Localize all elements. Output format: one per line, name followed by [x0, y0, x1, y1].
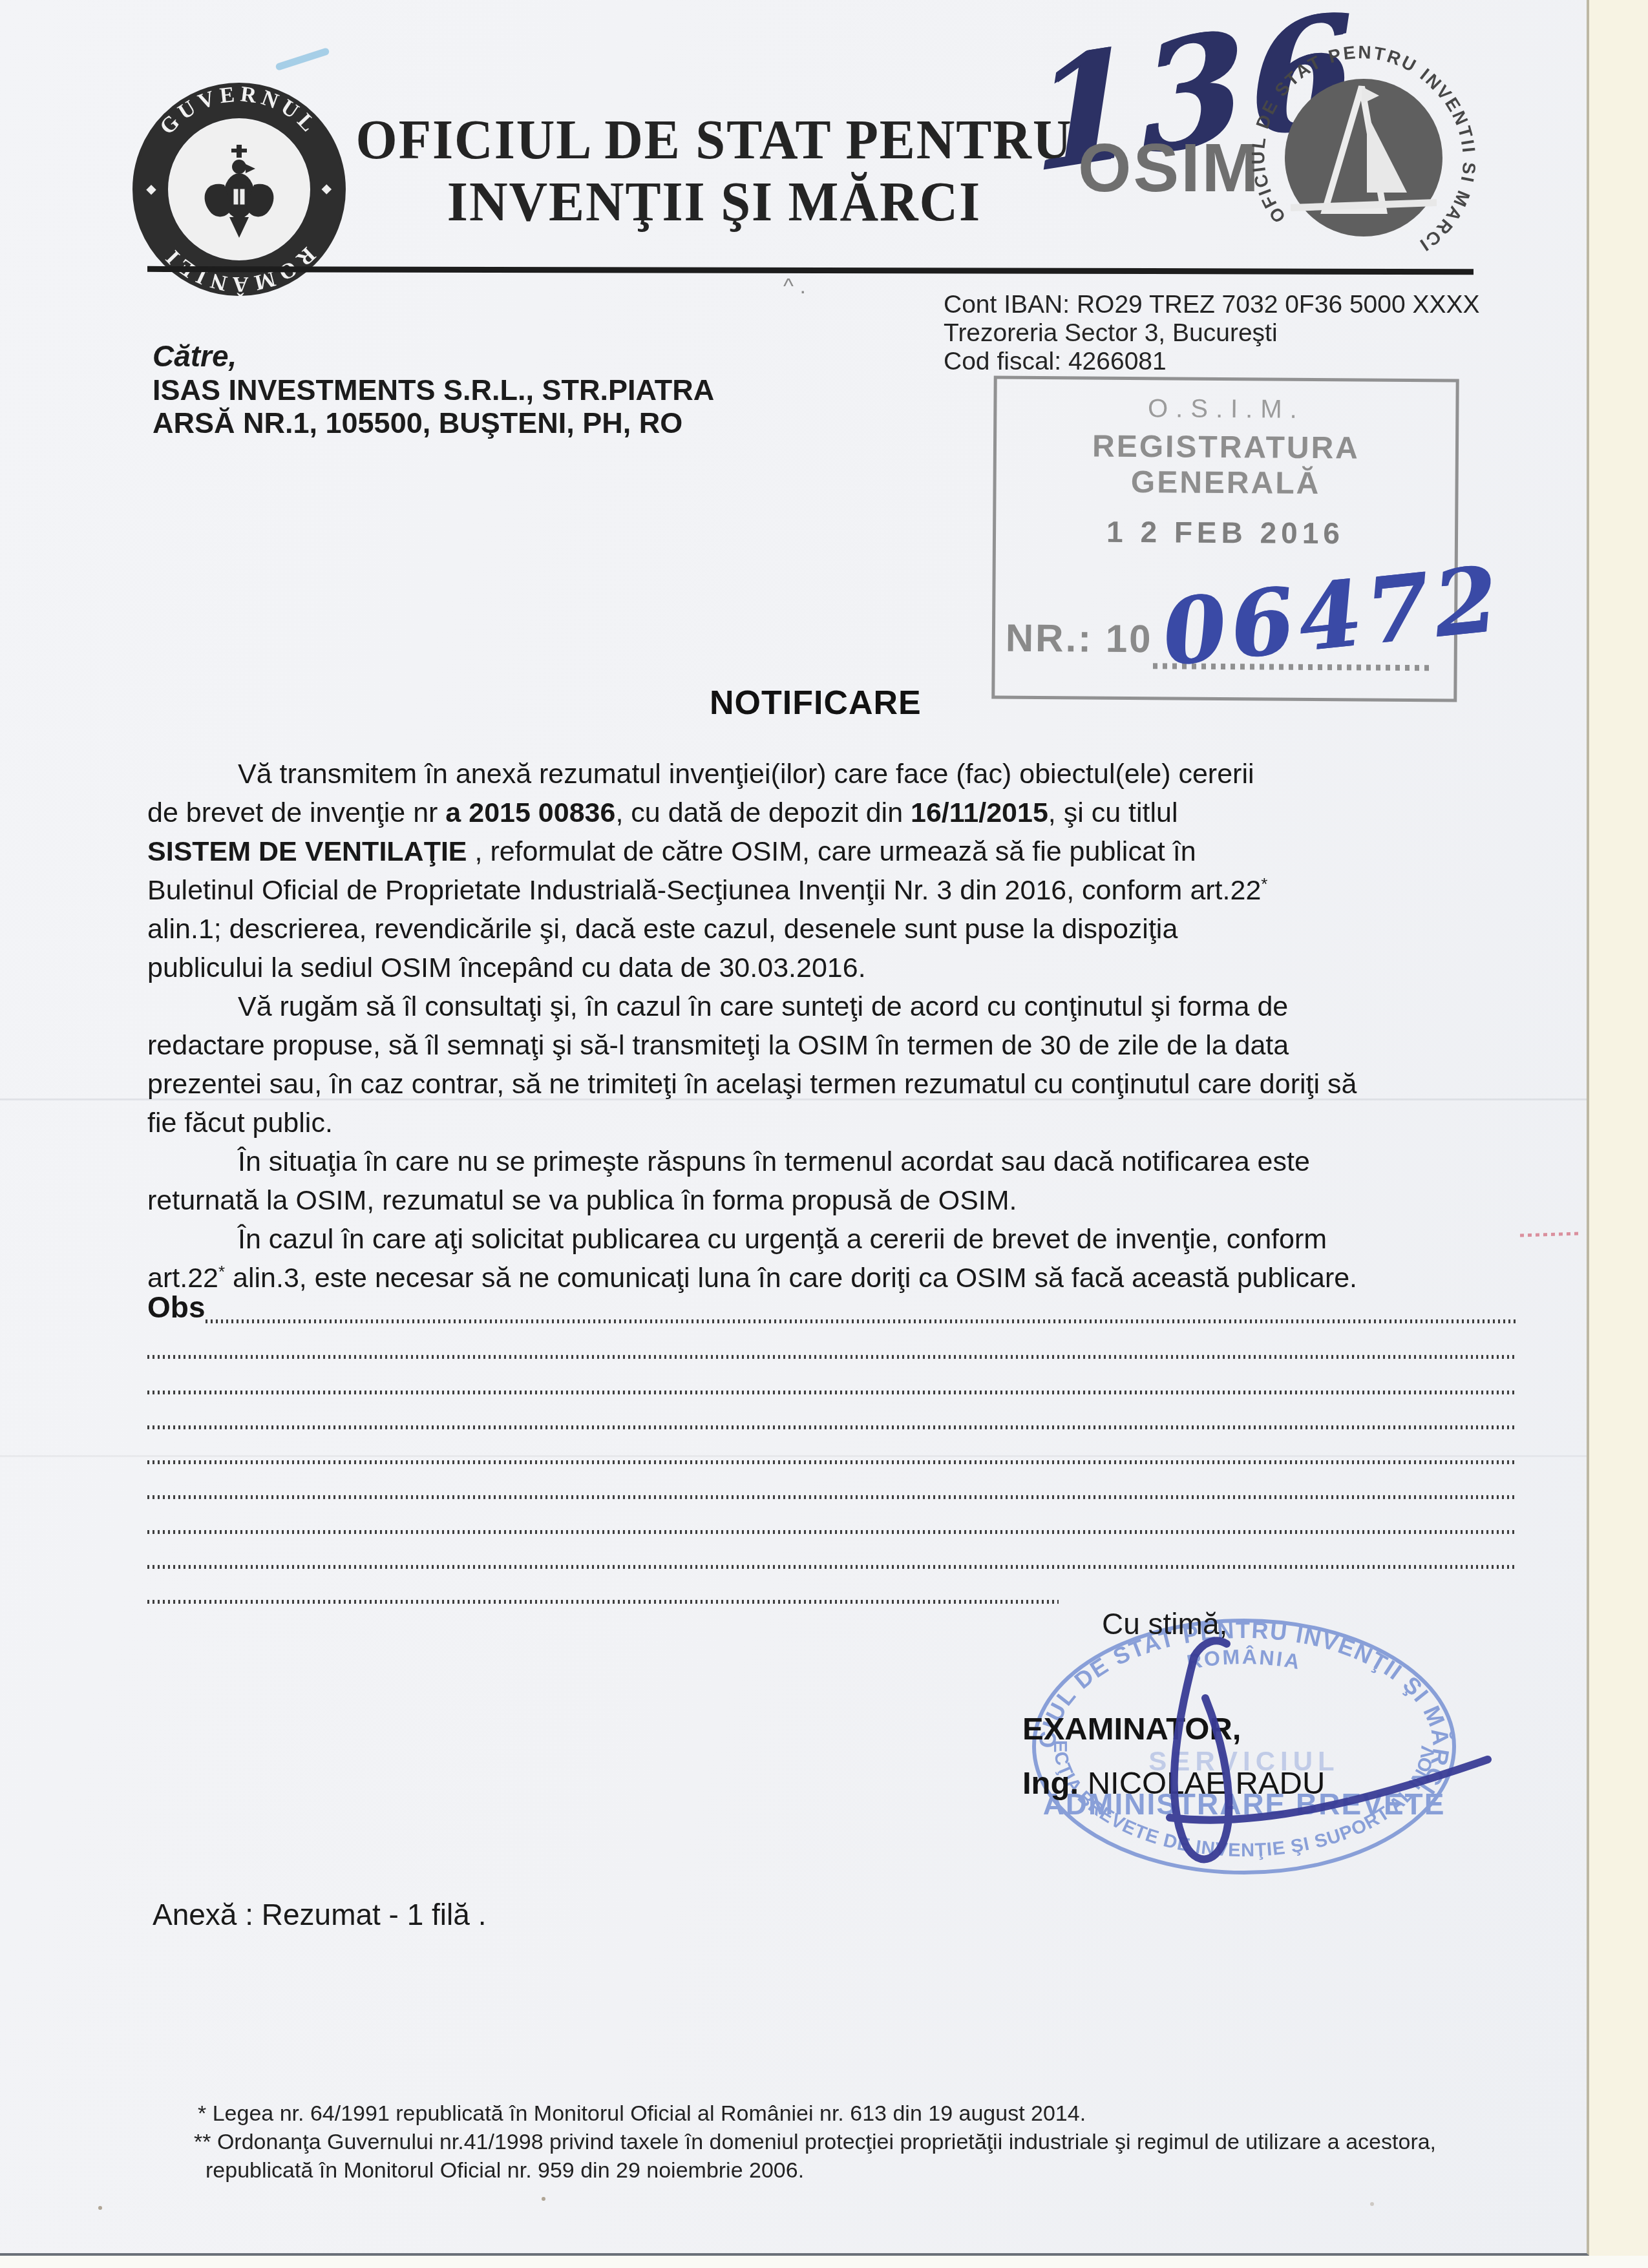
recipient-block: Către, ISAS INVESTMENTS S.R.L., STR.PIAT… — [153, 339, 714, 439]
p2-l1: Vă rugăm să îl consultaţi şi, în cazul î… — [238, 991, 1288, 1022]
letterhead-title: OFICIUL DE STAT PENTRU INVENŢII ŞI MĂRCI — [339, 109, 1090, 233]
p4-l2b: alin.3, este necesar să ne comunicaţi lu… — [225, 1263, 1357, 1294]
p3-l2: returnată la OSIM, rezumatul se va publi… — [147, 1185, 1017, 1216]
p1-l3b: , reformulat de către OSIM, care urmează… — [467, 836, 1196, 867]
body-line: publicului la sediul OSIM începând cu da… — [147, 949, 1357, 987]
footnote-marker: * — [218, 1262, 225, 1281]
government-seal: GUVERNUL ROMÂNIEI — [132, 83, 346, 296]
document-title: NOTIFICARE — [710, 684, 922, 722]
iban-line: Cont IBAN: RO29 TREZ 7032 0F36 5000 XXXX — [944, 291, 1480, 319]
body-line: returnată la OSIM, rezumatul se va publi… — [147, 1181, 1357, 1220]
p4-l2a: art.22 — [147, 1263, 218, 1294]
observations-dotted-line — [147, 1600, 1059, 1604]
examiner-name: NICOLAE RADU — [1079, 1766, 1325, 1801]
examiner-name-line: Ing. NICOLAE RADU — [1022, 1765, 1325, 1801]
p1-l6: publicului la sediul OSIM începând cu da… — [147, 952, 866, 983]
observations-label: Obs — [147, 1290, 205, 1325]
footnote-1: * Legea nr. 64/1991 republicată în Monit… — [198, 2101, 1086, 2126]
paper-speck — [98, 2206, 102, 2210]
examiner-title-prefix: Ing. — [1022, 1766, 1079, 1801]
invention-title: SISTEM DE VENTILAŢIE — [147, 836, 467, 867]
footnote-marker: * — [1261, 874, 1267, 894]
body-line: Buletinul Oficial de Proprietate Industr… — [147, 871, 1357, 910]
body-line: SISTEM DE VENTILAŢIE , reformulat de căt… — [147, 832, 1357, 871]
p1-l5: alin.1; descrierea, revendicările şi, da… — [147, 914, 1178, 945]
deposit-date: 16/11/2015 — [911, 797, 1048, 828]
blue-round-stamp: OFICIUL DE STAT PENTRU INVENŢII ŞI MĂRCI… — [1008, 1601, 1525, 1905]
registry-stamp-org: O.S.I.M. — [997, 394, 1455, 426]
p1-l1: Vă transmitem în anexă rezumatul invenţi… — [238, 759, 1254, 790]
paper-speck — [1370, 2202, 1374, 2206]
body-line: În cazul în care aţi solicitat publicare… — [147, 1220, 1357, 1259]
registry-stamp-number-label: NR.: 10 — [1006, 616, 1153, 662]
paper-speck — [542, 2197, 545, 2201]
body-line: prezentei sau, în caz contrar, să ne tri… — [147, 1065, 1357, 1104]
p1-l2a: de brevet de invenţie nr — [147, 797, 445, 828]
p1-l2c: , cu dată de depozit din — [615, 797, 911, 828]
fiscal-code-line: Cod fiscal: 4266081 — [944, 348, 1480, 376]
p2-l3: prezentei sau, în caz contrar, să ne tri… — [147, 1069, 1357, 1100]
letterhead-title-line1: OFICIUL DE STAT PENTRU — [339, 109, 1090, 171]
annex-note: Anexă : Rezumat - 1 filă . — [153, 1897, 486, 1932]
body-line: Vă rugăm să îl consultaţi şi, în cazul î… — [147, 987, 1357, 1026]
scanned-letter-page: ^ . GUVERNUL ROMÂNIEI — [0, 0, 1648, 2268]
closing-regards: Cu stimă, — [1102, 1606, 1227, 1641]
registry-stamp-date: 1 2 FEB 2016 — [996, 514, 1455, 552]
osim-logo: OFICIUL DE STAT PENTRU INVENTII SI MARCI — [1251, 37, 1483, 277]
examiner-role: EXAMINATOR, — [1022, 1711, 1241, 1747]
observations-dotted-line — [147, 1425, 1517, 1429]
observations-dotted-line — [147, 1391, 1517, 1394]
body-line: Vă transmitem în anexă rezumatul invenţi… — [147, 755, 1357, 793]
bank-details: Cont IBAN: RO29 TREZ 7032 0F36 5000 XXXX… — [944, 291, 1480, 376]
p3-l1: În situaţia în care nu se primeşte răspu… — [238, 1146, 1310, 1177]
osim-wordmark: OSIM — [1078, 129, 1261, 207]
p1-l4: Buletinul Oficial de Proprietate Industr… — [147, 875, 1261, 906]
observations-dotted-line — [147, 1565, 1517, 1569]
p2-l2: redactare propuse, să îl semnaţi şi să-l… — [147, 1030, 1289, 1061]
observations-dotted-line — [147, 1355, 1517, 1359]
svg-text:ROMÂNIA: ROMÂNIA — [1185, 1645, 1304, 1674]
body-line: fie făcut public. — [147, 1104, 1357, 1142]
recipient-salutation: Către, — [153, 339, 714, 373]
observations-dotted-line — [206, 1319, 1517, 1323]
p1-l2e: , şi cu titlul — [1048, 797, 1178, 828]
letter-body: Vă transmitem în anexă rezumatul invenţi… — [147, 755, 1357, 1297]
observations-dotted-line — [147, 1530, 1517, 1534]
paper-crease — [0, 1455, 1587, 1457]
p4-l1: În cazul în care aţi solicitat publicare… — [238, 1224, 1327, 1255]
registry-stamp-office: REGISTRATURA GENERALĂ — [996, 428, 1455, 503]
pencil-caret-mark: ^ . — [783, 274, 806, 299]
p2-l4: fie făcut public. — [147, 1108, 333, 1139]
letterhead-title-line2: INVENŢII ŞI MĂRCI — [339, 171, 1090, 233]
body-line: de brevet de invenţie nr a 2015 00836, c… — [147, 793, 1357, 832]
scanner-background-bottom — [0, 2256, 1648, 2268]
recipient-line2: ARSĂ NR.1, 105500, BUŞTENI, PH, RO — [153, 406, 714, 439]
application-number: a 2015 00836 — [445, 797, 615, 828]
body-line: alin.1; descrierea, revendicările şi, da… — [147, 910, 1357, 949]
recipient-line1: ISAS INVESTMENTS S.R.L., STR.PIATRA — [153, 373, 714, 406]
observations-dotted-line — [147, 1495, 1517, 1499]
footnote-3: republicată în Monitorul Oficial nr. 959… — [206, 2158, 804, 2183]
body-line: redactare propuse, să îl semnaţi şi să-l… — [147, 1026, 1357, 1065]
stamp-country-text: ROMÂNIA — [1185, 1645, 1304, 1674]
treasury-line: Trezoreria Sector 3, Bucureşti — [944, 319, 1480, 348]
body-line: art.22* alin.3, este necesar să ne comun… — [147, 1259, 1357, 1297]
observations-dotted-line — [147, 1460, 1517, 1464]
footnote-2: ** Ordonanţa Guvernului nr.41/1998 privi… — [194, 2130, 1436, 2155]
body-line: În situaţia în care nu se primeşte răspu… — [147, 1142, 1357, 1181]
